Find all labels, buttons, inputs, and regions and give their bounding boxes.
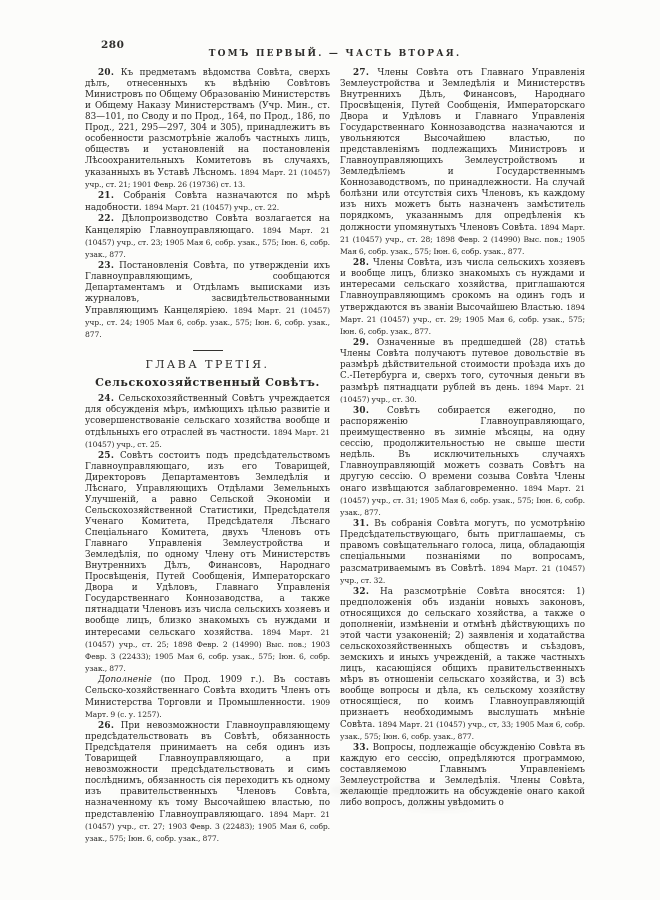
statute-paragraph: 25. Совѣтъ состоитъ подъ предсѣдательств… (85, 451, 330, 675)
statute-paragraph: 31. Въ собранія Совѣта могутъ, по усмотр… (340, 519, 585, 587)
paragraph-num-segment: 20. (98, 68, 114, 78)
statute-paragraph: 24. Сельскохозяйственный Совѣтъ учреждае… (85, 394, 330, 451)
paragraph-num-segment: 26. (98, 721, 114, 731)
statute-paragraph: 32. На разсмотрѣніе Совѣта вносятся: 1) … (340, 587, 585, 743)
paragraph-body-segment: На разсмотрѣніе Совѣта вносятся: 1) пред… (340, 587, 585, 730)
section-title: Сельскохозяйственный Совѣтъ. (85, 376, 330, 389)
statute-paragraph: 28. Члены Совѣта, изъ числа сельскихъ хо… (340, 258, 585, 338)
book-page: 280 ТОМЪ ПЕРВЫЙ. — ЧАСТЬ ВТОРАЯ. 20. Къ … (0, 0, 660, 900)
statute-paragraph: Дополненіе (по Прод. 1909 г.). Въ состав… (85, 675, 330, 721)
paragraph-num-segment: 27. (353, 68, 369, 78)
text-columns: 20. Къ предметамъ вѣдомства Совѣта, свер… (85, 68, 585, 845)
statute-paragraph: 27. Члены Совѣта отъ Главнаго Управленія… (340, 68, 585, 258)
chapter-divider-rule (193, 350, 223, 351)
paragraph-num-segment: 30. (353, 406, 369, 416)
right-column: 27. Члены Совѣта отъ Главнаго Управленія… (340, 68, 585, 809)
paragraph-num-segment: 29. (353, 338, 369, 348)
statute-paragraph: 20. Къ предметамъ вѣдомства Совѣта, свер… (85, 68, 330, 191)
running-head: 280 ТОМЪ ПЕРВЫЙ. — ЧАСТЬ ВТОРАЯ. (85, 41, 585, 60)
statute-paragraph: 26. При невозможности Главноуправляющему… (85, 721, 330, 845)
statute-paragraph: 22. Дѣлопроизводство Совѣта возлагается … (85, 214, 330, 261)
paragraph-body-segment: При невозможности Главноуправляющему пре… (85, 721, 330, 820)
paragraph-num-segment: 24. (98, 394, 114, 404)
running-title: ТОМЪ ПЕРВЫЙ. — ЧАСТЬ ВТОРАЯ. (209, 49, 462, 59)
paragraph-body-segment: Вопросы, подлежащіе обсужденію Совѣта въ… (340, 743, 585, 808)
paragraph-body-segment: Совѣтъ состоитъ подъ предсѣдательствомъ … (85, 451, 330, 638)
paragraph-num-segment: 22. (98, 214, 114, 224)
paragraph-num-segment: 21. (98, 191, 114, 201)
paragraph-body-segment: Совѣтъ собирается ежегодно, по распоряже… (340, 406, 585, 494)
paragraph-num-segment: 31. (353, 519, 369, 529)
statute-paragraph: 30. Совѣтъ собирается ежегодно, по распо… (340, 406, 585, 519)
statute-paragraph: 29. Означенные въ предшедшей (28) статьѣ… (340, 338, 585, 406)
page-number: 280 (101, 39, 124, 51)
paragraph-italic-segment: Дополненіе (98, 675, 152, 685)
paragraph-num-segment: 28. (353, 258, 369, 268)
statute-paragraph: 33. Вопросы, подлежащіе обсужденію Совѣт… (340, 743, 585, 809)
paragraph-num-segment: 33. (353, 743, 369, 753)
paragraph-num-segment: 25. (98, 451, 114, 461)
paragraph-body-segment: Члены Совѣта, изъ числа сельскихъ хозяев… (340, 258, 585, 313)
paragraph-cite-segment: 1894 Март. 21 (10457) учр., ст. 22. (144, 203, 279, 212)
paragraph-body-segment: Къ предметамъ вѣдомства Совѣта, сверхъ д… (85, 68, 330, 178)
paragraph-num-segment: 23. (98, 261, 114, 271)
chapter-heading: ГЛАВА ТРЕТІЯ. (85, 358, 330, 371)
paragraph-num-segment: 32. (353, 587, 369, 597)
statute-paragraph: 21. Собранія Совѣта назначаются по мѣрѣ … (85, 191, 330, 214)
left-column: 20. Къ предметамъ вѣдомства Совѣта, свер… (85, 68, 330, 845)
paragraph-body-segment: Члены Совѣта отъ Главнаго Управленія Зем… (340, 68, 585, 233)
statute-paragraph: 23. Постановленія Совѣта, по утвержденіи… (85, 261, 330, 341)
